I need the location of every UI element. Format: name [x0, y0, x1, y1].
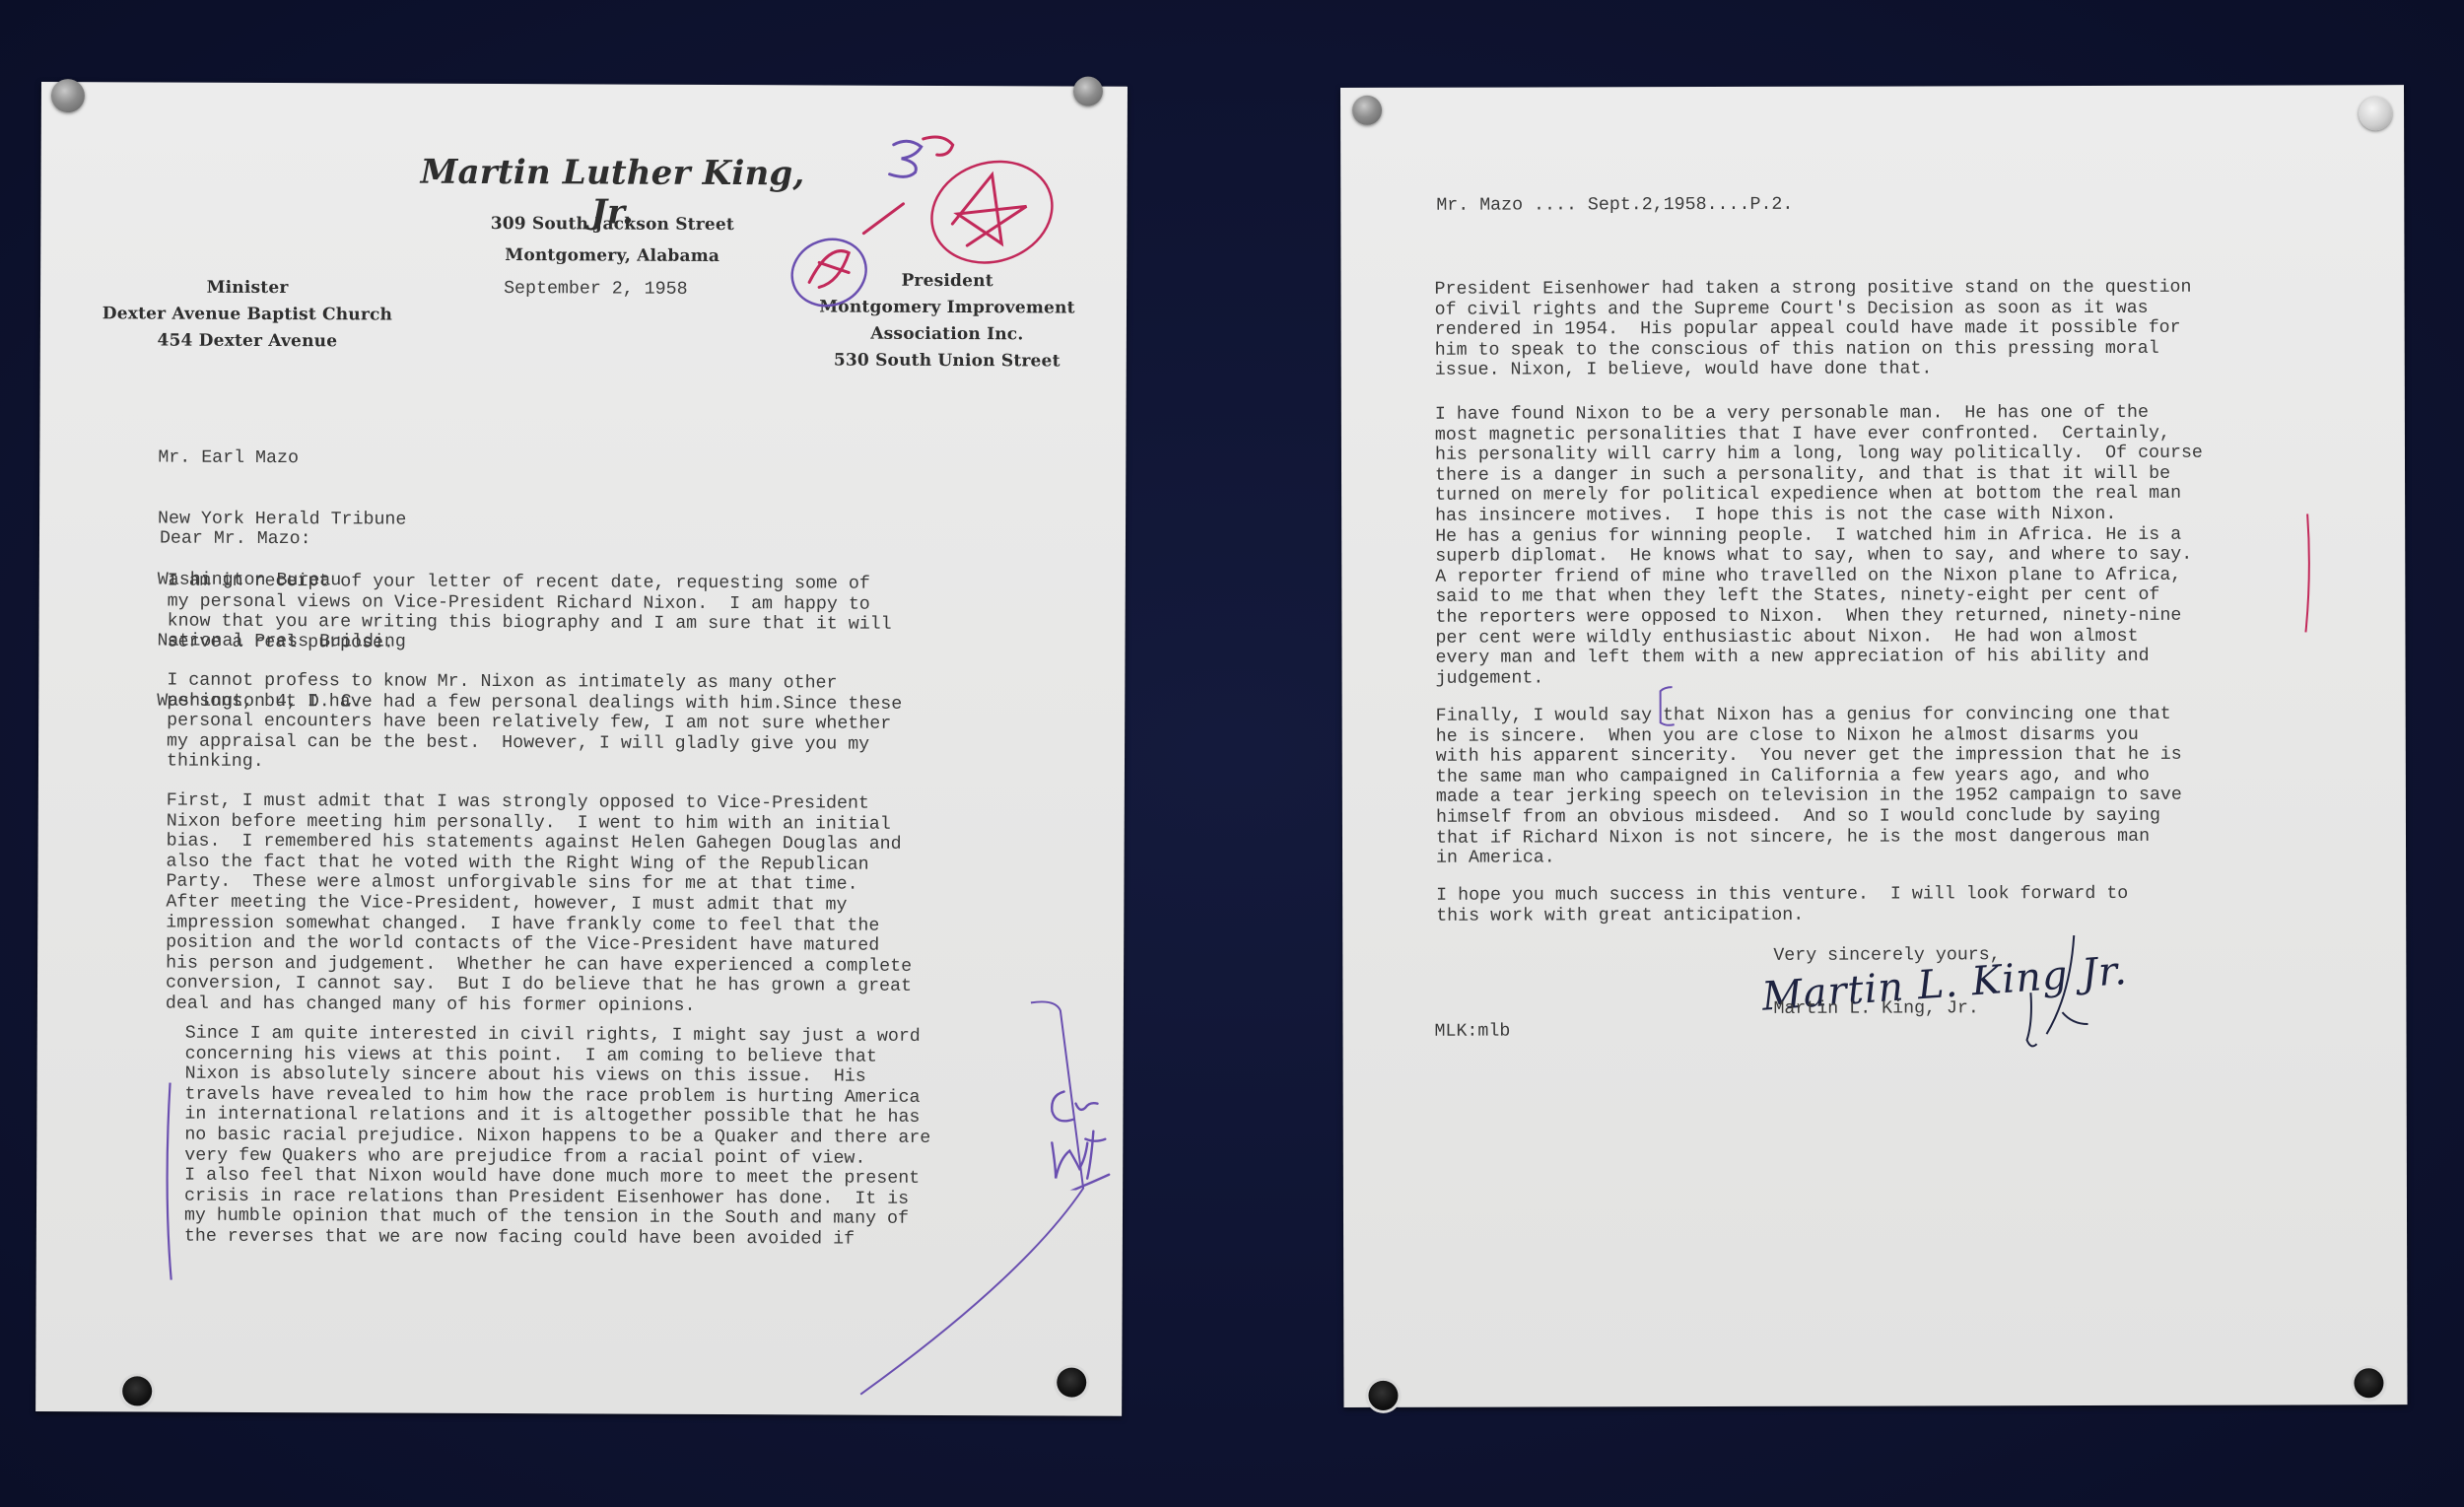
body-paragraph: I cannot profess to know Mr. Nixon as in… [167, 671, 902, 776]
text-line: he is sincere. When you are close to Nix… [1436, 724, 2182, 747]
text-line: President Eisenhower had taken a strong … [1435, 278, 2192, 301]
body-paragraph: First, I must admit that I was strongly … [166, 791, 913, 1018]
text-line: I hope you much success in this venture.… [1436, 884, 2128, 906]
letterhead-role: Minister [100, 274, 395, 302]
text-line: made a tear jerking speech on television… [1436, 786, 2182, 808]
letterhead-association: Association Inc. [799, 320, 1095, 348]
typed-name: Martin L. King, Jr. [1773, 998, 1979, 1019]
text-line: has insincere motives. I hope this is no… [1435, 505, 2203, 527]
magnet-pin-icon [1057, 1368, 1086, 1398]
text-line: I also feel that Nixon would have done m… [184, 1166, 930, 1190]
magnet-pin-icon [1352, 96, 1382, 125]
text-line: my appraisal can be the best. However, I… [167, 731, 902, 755]
text-line: no basic racial prejudice. Nixon happens… [184, 1126, 930, 1149]
body-paragraph: Since I am quite interested in civil rig… [184, 1024, 931, 1251]
letterhead-street: 309 South Jackson Street [425, 208, 799, 241]
letter-page-2: Mr. Mazo .... Sept.2,1958....P.2. Presid… [1340, 85, 2408, 1407]
letterhead-church: Dexter Avenue Baptist Church [100, 301, 395, 328]
handwritten-note-icon [1040, 1081, 1119, 1190]
letterhead-church-block: Minister Dexter Avenue Baptist Church 45… [100, 274, 395, 355]
text-line: rendered in 1954. His popular appeal cou… [1435, 318, 2192, 341]
text-line: there is a danger in such a personality,… [1435, 463, 2203, 486]
letterhead-association-block: President Montgomery Improvement Associa… [799, 267, 1095, 375]
text-line: judgement. [1436, 666, 2204, 689]
body-paragraph: I am in receipt of your letter of recent… [167, 572, 891, 656]
text-line: First, I must admit that I was strongly … [167, 791, 913, 815]
magnet-pin-icon [2354, 1368, 2383, 1398]
text-line: that if Richard Nixon is not sincere, he… [1436, 826, 2182, 849]
text-line: After meeting the Vice-President, howeve… [166, 893, 912, 917]
salutation: Dear Mr. Mazo: [160, 529, 311, 550]
text-line: Since I am quite interested in civil rig… [185, 1024, 931, 1048]
magnet-pin-icon [2359, 97, 2392, 130]
text-line: turned on merely for political expedienc… [1435, 484, 2203, 507]
typist-initials: MLK:mlb [1434, 1022, 1510, 1043]
body-paragraph: I hope you much success in this venture.… [1436, 884, 2128, 926]
body-paragraph: Finally, I would say that Nixon has a ge… [1436, 705, 2182, 869]
text-line: most magnetic personalities that I have … [1435, 423, 2203, 445]
body-paragraph: President Eisenhower had taken a strong … [1435, 278, 2192, 381]
letterhead-address: 309 South Jackson Street Montgomery, Ala… [425, 208, 799, 273]
letter-date: September 2, 1958 [504, 279, 688, 300]
text-line: thinking. [167, 752, 902, 776]
letterhead-association-address: 530 South Union Street [799, 347, 1095, 375]
text-line: every man and left them with a new appre… [1435, 647, 2203, 669]
text-line: the reporters were opposed to Nixon. Whe… [1435, 606, 2203, 629]
text-line: superb diplomat. He knows what to say, w… [1435, 545, 2203, 568]
magnet-pin-icon [51, 79, 85, 112]
text-line: said to me that when they left the State… [1435, 585, 2203, 608]
letter-page-1: Martin Luther King, Jr. 309 South Jackso… [35, 82, 1128, 1416]
letterhead-association: Montgomery Improvement [799, 294, 1095, 321]
text-line: deal and has changed many of his former … [166, 993, 912, 1017]
text-line: position and the world contacts of the V… [166, 933, 912, 957]
text-line: the reverses that we are now facing coul… [184, 1227, 930, 1251]
text-line: his personality will carry him a long, l… [1435, 444, 2203, 466]
text-line: serve a real purpose. [167, 632, 891, 655]
magnet-pin-icon [1368, 1381, 1398, 1410]
magnet-pin-icon [1073, 77, 1103, 106]
recipient-line: New York Herald Tribune [158, 509, 406, 530]
text-line: of civil rights and the Supreme Court's … [1435, 298, 2192, 320]
text-line: personal encounters have been relatively… [167, 712, 902, 735]
text-line: with his apparent sincerity. You never g… [1436, 745, 2182, 768]
letterhead-city: Montgomery, Alabama [425, 240, 799, 273]
recipient-line: Mr. Earl Mazo [158, 448, 406, 470]
letterhead-role: President [799, 267, 1095, 295]
text-line: Finally, I would say that Nixon has a ge… [1436, 705, 2182, 727]
text-line: He has a genius for winning people. I wa… [1435, 524, 2203, 547]
text-line: A reporter friend of mine who travelled … [1435, 565, 2203, 587]
text-line: I am in receipt of your letter of recent… [168, 572, 892, 595]
text-line: the same man who campaigned in Californi… [1436, 766, 2182, 788]
margin-line-icon [2288, 509, 2327, 637]
text-line: him to speak to the conscious of this na… [1435, 339, 2192, 362]
text-line: per cent were wildly enthusiastic about … [1435, 626, 2203, 649]
text-line: this work with great anticipation. [1436, 905, 2128, 926]
text-line: himself from an obvious misdeed. And so … [1436, 806, 2182, 829]
page-2-header: Mr. Mazo .... Sept.2,1958....P.2. [1436, 195, 1793, 217]
text-line: I have found Nixon to be a very personab… [1435, 403, 2203, 426]
text-line: in America. [1436, 847, 2182, 869]
letterhead-church-address: 454 Dexter Avenue [100, 327, 395, 355]
text-line: I cannot profess to know Mr. Nixon as in… [167, 671, 902, 695]
text-line: know that you are writing this biography… [168, 612, 892, 636]
magnet-pin-icon [122, 1376, 152, 1405]
body-paragraph: I have found Nixon to be a very personab… [1435, 403, 2204, 689]
text-line: issue. Nixon, I believe, would have done… [1435, 359, 2192, 381]
